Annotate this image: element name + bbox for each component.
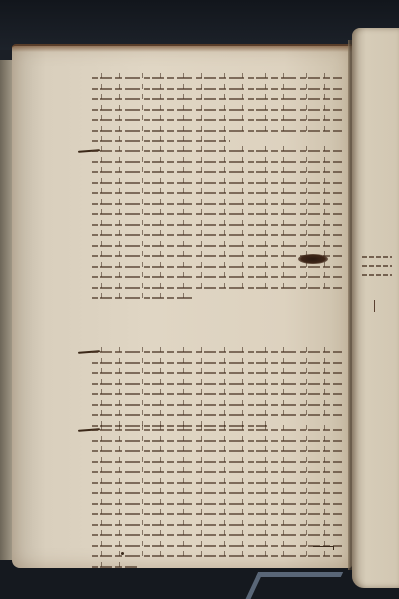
text-line: [92, 166, 342, 177]
margin-note: [360, 252, 396, 279]
paragraph-3: [92, 346, 342, 430]
text-line: [92, 240, 342, 251]
text-line: [92, 466, 342, 477]
text-line: [92, 229, 342, 240]
text-line: [92, 198, 342, 209]
text-line: [92, 519, 342, 530]
text-line: [92, 114, 342, 125]
text-line: [92, 498, 342, 509]
text-line: [92, 104, 342, 115]
text-line: [92, 367, 342, 378]
text-line: [92, 388, 342, 399]
text-line: [92, 424, 342, 435]
text-line: [92, 83, 342, 94]
text-line: [92, 409, 342, 420]
text-line: [92, 540, 342, 551]
paragraph-4: [92, 424, 342, 571]
ink-dot: [121, 552, 124, 555]
margin-mark: [374, 300, 381, 312]
text-line: [92, 177, 342, 188]
text-line: [92, 550, 342, 561]
text-line: [92, 487, 342, 498]
text-line: [92, 93, 342, 104]
text-line: [92, 456, 342, 467]
closing-flourish: [313, 546, 334, 550]
text-line: [92, 508, 342, 519]
text-line: [92, 219, 342, 230]
text-line: [92, 477, 342, 488]
paragraph-1: [92, 72, 342, 146]
margin-note-line: [360, 252, 396, 261]
book-cradle-bracket: [242, 572, 343, 599]
margin-note-line: [360, 270, 396, 279]
text-line: [92, 357, 342, 368]
text-line: [92, 135, 230, 146]
text-line: [92, 292, 192, 303]
text-line: [92, 561, 137, 572]
ink-blot: [298, 254, 328, 264]
text-line: [92, 271, 342, 282]
margin-note-line: [360, 261, 396, 270]
text-line: [92, 529, 342, 540]
text-line: [92, 282, 342, 293]
text-line: [92, 208, 342, 219]
text-line: [92, 72, 342, 83]
text-line: [92, 445, 342, 456]
text-line: [92, 187, 342, 198]
text-line: [92, 125, 342, 136]
paragraph-2: [92, 145, 342, 303]
text-line: [92, 145, 342, 156]
dark-background-top: [0, 0, 399, 50]
text-line: [92, 435, 342, 446]
text-line: [92, 156, 342, 167]
text-line: [92, 378, 342, 389]
text-line: [92, 399, 342, 410]
text-line: [92, 346, 342, 357]
